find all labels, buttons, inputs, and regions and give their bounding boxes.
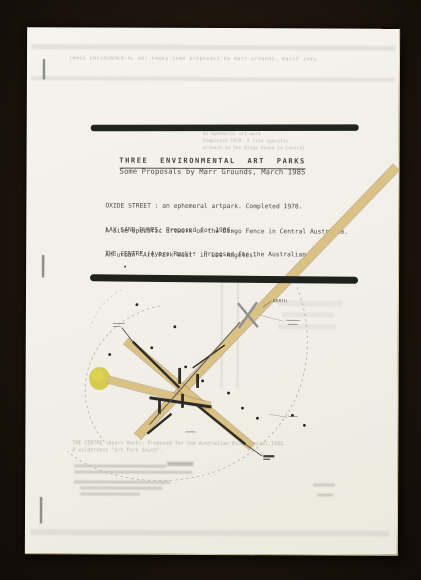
yellow-highlight-blob [89,367,110,390]
ghost-text-bar [317,493,333,496]
tape-strip-horizontal [108,380,211,406]
site-dots [108,303,306,427]
ghost-text-bar [313,483,335,486]
staple-top [43,59,45,79]
paragraph-line: THE CENTRE (Ayers Rock): Proposed for th… [105,251,306,260]
ghost-text-bar [80,492,140,495]
stray-ink-dot [124,266,126,268]
paragraph-line: Bicentennial,1988. A wilderness "Art Par… [105,276,306,285]
staple-bottom [40,497,42,523]
ghost-footer-line: THE CENTRE (Ayers Rock): Proposed for th… [72,440,334,447]
scan-band-top [31,44,395,51]
paragraph-the-centre: THE CENTRE (Ayers Rock): Proposed for th… [105,235,306,302]
annotation-leader [260,315,284,321]
x-crossing-mark [238,302,258,328]
document-page: THREE ENVIRONMENTAL ART PARKS Some propo… [25,27,400,556]
map-caption-blur [167,462,193,466]
page-subtitle: Some Proposals by Marr Grounds, March 19… [27,166,399,177]
tape-strip-diagonal-shadow [125,341,252,448]
ghost-plan-rows [278,300,342,329]
pencil-line-along-tape [149,322,239,425]
ghost-header-text: THREE ENVIRONMENTAL ART PARKS Some propo… [69,56,369,62]
staple-middle [42,255,44,277]
ghost-text-bar [74,464,166,467]
scan-band-upper [31,76,395,82]
fence-route-lines [121,328,263,457]
photo-backdrop: THREE ENVIRONMENTAL ART PARKS Some propo… [0,0,421,580]
scan-band-bottom [31,529,389,537]
annotation-leader [269,414,287,417]
ghost-text-bar [80,486,162,489]
ghost-footer-line: A wilderness "Art Park South". [72,447,272,454]
tape-strip-horizontal-shadow [108,380,211,406]
tape-strip-diagonal [125,341,252,448]
ghost-text-bar [74,480,170,483]
north-leader-line [263,301,271,307]
ghost-text-bar [74,470,192,474]
micro-annotation-marks [112,320,299,433]
site-label-mark [263,456,274,459]
